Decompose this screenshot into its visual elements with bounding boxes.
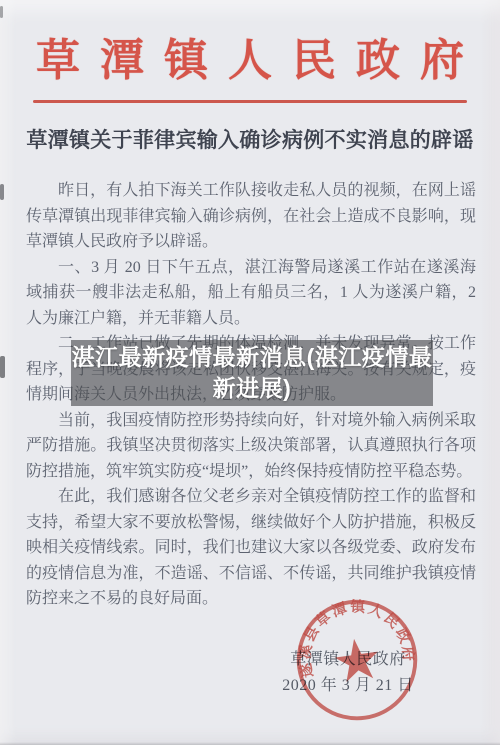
paragraph-intro: 昨日，有人拍下海关工作队接收走私人员的视频，在网上谣传草潭镇出现菲律宾输入确诊病…: [26, 178, 476, 255]
agency-masthead: 草潭镇人民政府: [0, 36, 500, 86]
paragraph-current-situation: 当前，我国疫情防控形势持续向好，针对境外输入病例采取严防措施。我镇坚决贯彻落实上…: [26, 408, 476, 485]
scan-artifact: [0, 6, 3, 18]
paragraph-item-1: 一、3 月 20 日下午五点，湛江海警局遂溪工作站在遂溪海域捕获一艘非法走私船，…: [26, 255, 476, 332]
scanned-document-page: 草潭镇人民政府 草潭镇关于菲律宾输入确诊病例不实消息的辟谣 昨日，有人拍下海关工…: [0, 0, 500, 745]
scan-artifact: [0, 356, 5, 378]
masthead-divider: [33, 100, 467, 103]
seal-star-icon: [332, 636, 381, 683]
caption-overlay: 湛江最新疫情最新消息(湛江疫情最新进展): [71, 340, 433, 406]
official-seal: 遂溪县草潭镇人民政府: [289, 592, 425, 728]
scan-artifact: [0, 184, 4, 200]
caption-text: 湛江最新疫情最新消息(湛江疫情最新进展): [71, 342, 433, 404]
document-title: 草潭镇关于菲律宾输入确诊病例不实消息的辟谣: [14, 123, 486, 157]
